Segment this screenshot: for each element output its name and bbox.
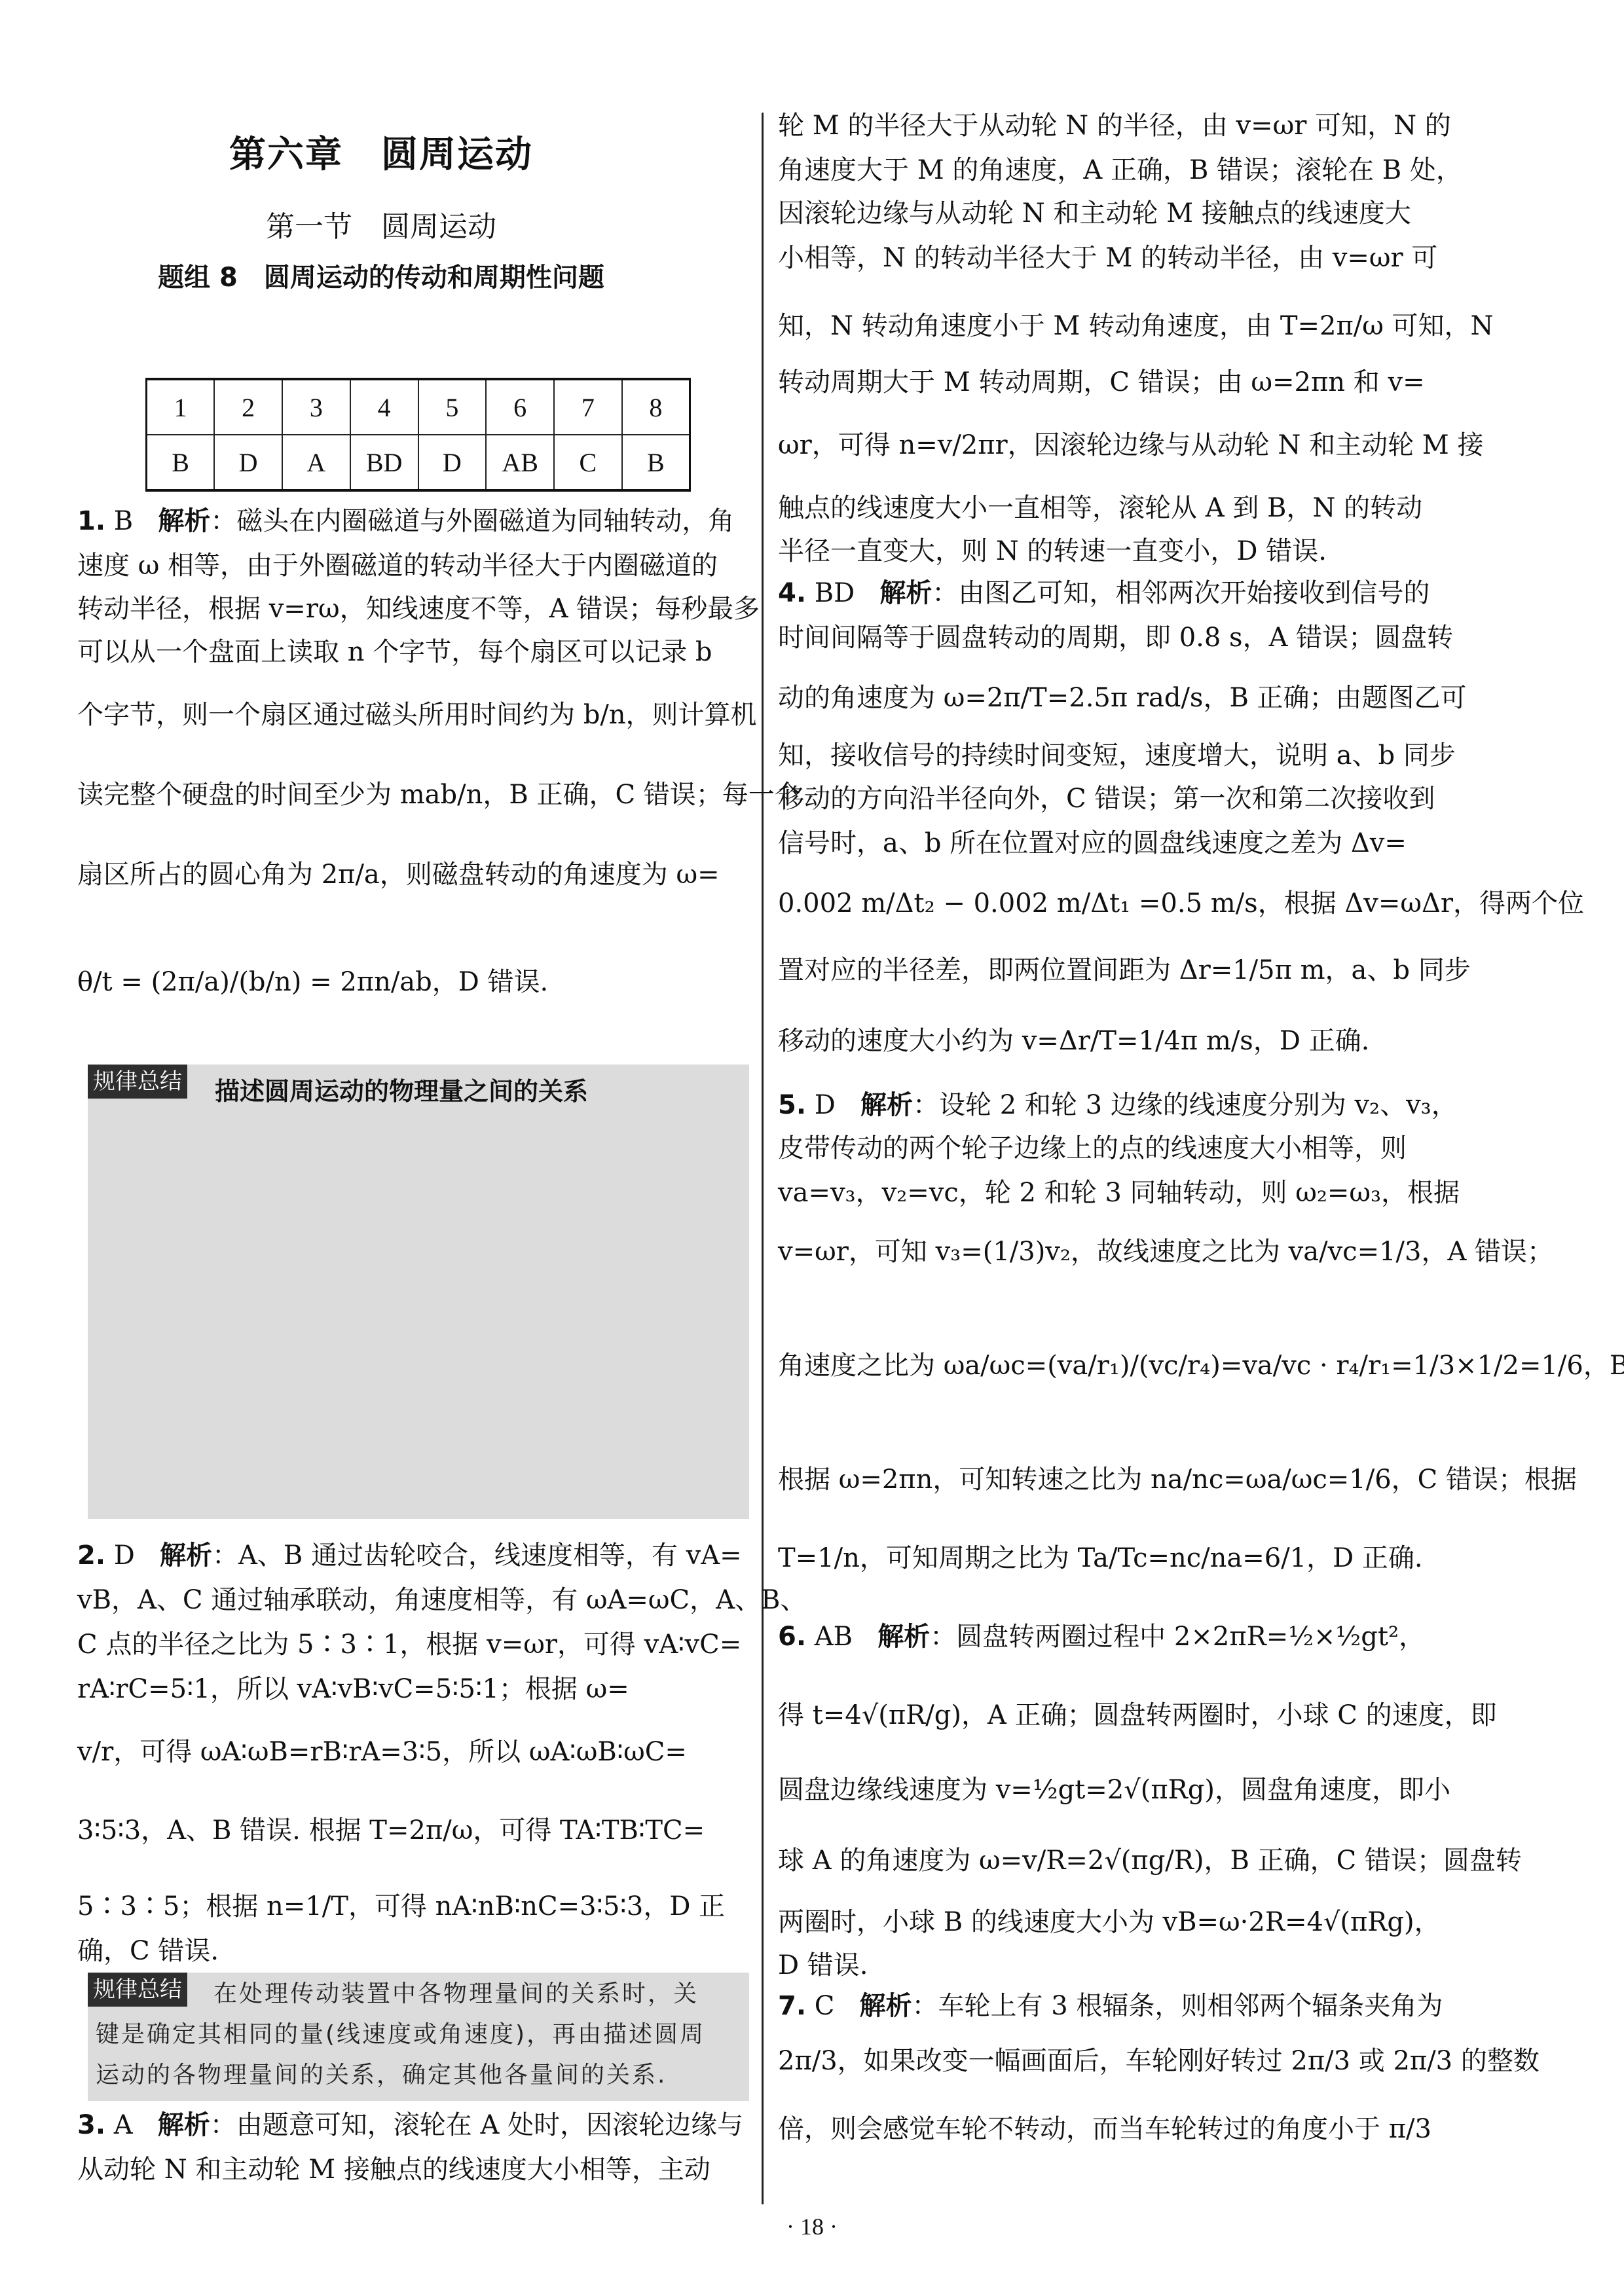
analysis-line: 轮 M 的半径大于从动轮 N 的半径，由 v=ωr 可知，N 的 <box>778 110 1452 141</box>
analysis-line: 小相等，N 的转动半径大于 M 的转动半径，由 v=ωr 可 <box>778 242 1452 274</box>
q6-first-line: 6. AB 解析：圆盘转两圈过程中 2×2πR=½×½gt²， <box>778 1621 1452 1652</box>
answer-cell: A <box>282 435 350 490</box>
analysis-line: D 错误. <box>778 1950 1452 1981</box>
analysis-label: 解析 <box>860 1090 913 1120</box>
section-title: 第一节 圆周运动 <box>0 203 762 245</box>
analysis-line: rA∶rC=5∶1，所以 vA∶vB∶vC=5∶5∶1；根据 ω= <box>77 1673 752 1705</box>
question-number: 3. <box>77 2110 105 2140</box>
analysis-line: 0.002 m/Δt₂ − 0.002 m/Δt₁ =0.5 m/s，根据 Δv… <box>778 888 1452 919</box>
analysis-line: C 点的半径之比为 5∶3∶1，根据 v=ωr，可得 vA∶vC= <box>77 1629 752 1660</box>
summary-badge: 规律总结 <box>88 1065 187 1099</box>
question-answer: D <box>114 1540 135 1571</box>
answer-cell: C <box>554 435 622 490</box>
answer-cell: D <box>214 435 282 490</box>
analysis-line: 倍，则会感觉车轮不转动，而当车轮转过的角度小于 π/3 <box>778 2113 1452 2145</box>
answer-table-answer-row: B D A BD D AB C B <box>147 435 690 490</box>
question-number-cell: 8 <box>622 379 690 435</box>
analysis-line: vB，A、C 通过轴承联动，角速度相等，有 ωA=ωC，A、B、 <box>77 1584 752 1616</box>
analysis-line: 两圈时，小球 B 的线速度大小为 vB=ω·2R=4√(πRg)， <box>778 1906 1452 1938</box>
analysis-text: ：设轮 2 和轮 3 边缘的线速度分别为 v₂、v₃， <box>913 1090 1458 1120</box>
answer-table-header-row: 1 2 3 4 5 6 7 8 <box>147 379 690 435</box>
analysis-line: 知，接收信号的持续时间变短，速度增大，说明 a、b 同步 <box>778 740 1452 771</box>
analysis-line: θ/t = (2π/a)/(b/n) = 2πn/ab，D 错误. <box>77 966 752 998</box>
analysis-line: 知，N 转动角速度小于 M 转动角速度，由 T=2π/ω 可知，N <box>778 310 1452 342</box>
answer-cell: B <box>622 435 690 490</box>
analysis-line: 圆盘边缘线速度为 v=½gt=2√(πRg)，圆盘角速度，即小 <box>778 1774 1452 1806</box>
answer-cell: AB <box>486 435 554 490</box>
analysis-line: 置对应的半径差，即两位置间距为 Δr=1/5π m，a、b 同步 <box>778 955 1452 986</box>
analysis-line: T=1/n，可知周期之比为 Ta/Tc=nc/na=6/1，D 正确. <box>778 1542 1452 1574</box>
question-answer: A <box>114 2110 133 2140</box>
question-number: 4. <box>778 578 806 608</box>
analysis-line: 信号时，a、b 所在位置对应的圆盘线速度之差为 Δv= <box>778 828 1452 859</box>
question-number: 2. <box>77 1540 105 1571</box>
analysis-line: 从动轮 N 和主动轮 M 接触点的线速度大小相等，主动 <box>77 2154 752 2185</box>
summary-badge: 规律总结 <box>88 1973 187 2007</box>
analysis-line: 转动周期大于 M 转动周期，C 错误；由 ω=2πn 和 v= <box>778 367 1452 398</box>
analysis-line: v/r，可得 ωA∶ωB=rB∶rA=3∶5，所以 ωA∶ωB∶ωC= <box>77 1736 752 1768</box>
analysis-label: 解析 <box>860 1991 912 2021</box>
question-number-cell: 7 <box>554 379 622 435</box>
analysis-line: 5∶3∶5；根据 n=1/T，可得 nA∶nB∶nC=3∶5∶3，D 正 <box>77 1891 752 1922</box>
question-number-cell: 4 <box>350 379 418 435</box>
q1-first-line: 1. B 解析：磁头在内圈磁道与外圈磁道为同轴转动，角 <box>77 505 752 537</box>
analysis-line: 速度 ω 相等，由于外圈磁道的转动半径大于内圈磁道的 <box>77 550 752 581</box>
summary-box <box>88 1065 749 1519</box>
analysis-line: 扇区所占的圆心角为 2π/a，则磁盘转动的角速度为 ω= <box>77 859 752 890</box>
analysis-line: 半径一直变大，则 N 的转速一直变小，D 错误. <box>778 536 1452 567</box>
analysis-line: ωr，可得 n=v/2πr，因滚轮边缘与从动轮 N 和主动轮 M 接 <box>778 429 1452 461</box>
summary-text-line: 键是确定其相同的量(线速度或角速度)，再由描述圆周 <box>96 2016 705 2053</box>
analysis-line: 移动的速度大小约为 v=Δr/T=1/4π m/s，D 正确. <box>778 1025 1452 1057</box>
analysis-line: 角速度之比为 ωa/ωc=(va/r₁)/(vc/r₄)=va/vc · r₄/… <box>778 1350 1452 1381</box>
group-title: 题组 8 圆周运动的传动和周期性问题 <box>0 257 762 294</box>
analysis-text: ：圆盘转两圈过程中 2×2πR=½×½gt²， <box>930 1622 1425 1652</box>
analysis-line: 可以从一个盘面上读取 n 个字节，每个扇区可以记录 b <box>77 636 752 668</box>
chapter-title: 第六章 圆周运动 <box>0 126 762 178</box>
analysis-text: ：由图乙可知，相邻两次开始接收到信号的 <box>932 578 1430 608</box>
analysis-line: 个字节，则一个扇区通过磁头所用时间约为 b/n，则计算机 <box>77 699 752 731</box>
analysis-line: 皮带传动的两个轮子边缘上的点的线速度大小相等，则 <box>778 1133 1452 1164</box>
question-answer: C <box>815 1991 835 2021</box>
answer-table: 1 2 3 4 5 6 7 8 B D A BD D AB C B <box>145 378 691 492</box>
analysis-line: 得 t=4√(πR/g)，A 正确；圆盘转两圈时，小球 C 的速度，即 <box>778 1700 1452 1731</box>
analysis-line: 3∶5∶3，A、B 错误. 根据 T=2π/ω，可得 TA∶TB∶TC= <box>77 1815 752 1846</box>
q7-first-line: 7. C 解析：车轮上有 3 根辐条，则相邻两个辐条夹角为 <box>778 1990 1452 2022</box>
question-number-cell: 3 <box>282 379 350 435</box>
analysis-line: 角速度大于 M 的角速度，A 正确，B 错误；滚轮在 B 处， <box>778 155 1452 186</box>
answer-cell: BD <box>350 435 418 490</box>
summary-title: 描述圆周运动的物理量之间的关系 <box>215 1071 588 1107</box>
analysis-text: ：由题意可知，滚轮在 A 处时，因滚轮边缘与 <box>210 2110 743 2140</box>
analysis-label: 解析 <box>877 1622 930 1652</box>
question-answer: B <box>114 506 133 536</box>
analysis-text: ：磁头在内圈磁道与外圈磁道为同轴转动，角 <box>210 506 734 536</box>
answer-cell: D <box>418 435 487 490</box>
analysis-text: ：A、B 通过齿轮咬合，线速度相等，有 vA= <box>212 1540 742 1571</box>
analysis-line: 转动半径，根据 v=rω，知线速度不等，A 错误；每秒最多 <box>77 593 752 625</box>
q3-first-line: 3. A 解析：由题意可知，滚轮在 A 处时，因滚轮边缘与 <box>77 2109 752 2141</box>
summary-text-line: 在处理传动装置中各物理量间的关系时，关 <box>213 1976 699 2013</box>
analysis-text: ：车轮上有 3 根辐条，则相邻两个辐条夹角为 <box>912 1991 1443 2021</box>
page-number: · 18 · <box>0 2213 1624 2240</box>
analysis-line: v=ωr，可知 v₃=(1/3)v₂，故线速度之比为 va/vc=1/3，A 错… <box>778 1236 1452 1267</box>
analysis-line: 球 A 的角速度为 ω=v/R=2√(πg/R)，B 正确，C 错误；圆盘转 <box>778 1845 1452 1876</box>
analysis-line: 确，C 错误. <box>77 1935 752 1967</box>
question-number: 5. <box>778 1090 806 1120</box>
summary-text-line: 运动的各物理量间的关系，确定其他各量间的关系. <box>96 2057 667 2094</box>
analysis-label: 解析 <box>160 1540 212 1571</box>
analysis-label: 解析 <box>158 506 210 536</box>
analysis-line: 时间间隔等于圆盘转动的周期，即 0.8 s，A 错误；圆盘转 <box>778 622 1452 653</box>
question-answer: BD <box>815 578 855 608</box>
question-answer: D <box>815 1090 836 1120</box>
analysis-line: 因滚轮边缘与从动轮 N 和主动轮 M 接触点的线速度大 <box>778 198 1452 229</box>
question-number-cell: 6 <box>486 379 554 435</box>
question-number-cell: 5 <box>418 379 487 435</box>
analysis-line: 动的角速度为 ω=2π/T=2.5π rad/s，B 正确；由题图乙可 <box>778 682 1452 714</box>
column-divider <box>762 113 764 2204</box>
q4-first-line: 4. BD 解析：由图乙可知，相邻两次开始接收到信号的 <box>778 577 1452 609</box>
answer-cell: B <box>147 435 215 490</box>
analysis-line: va=v₃，v₂=vc，轮 2 和轮 3 同轴转动，则 ω₂=ω₃，根据 <box>778 1177 1452 1209</box>
question-number: 1. <box>77 506 105 536</box>
analysis-line: 根据 ω=2πn，可知转速之比为 na/nc=ωa/ωc=1/6，C 错误；根据 <box>778 1464 1452 1495</box>
analysis-line: 读完整个硬盘的时间至少为 mab/n，B 正确，C 错误；每一个 <box>77 779 752 811</box>
analysis-line: 触点的线速度大小一直相等，滚轮从 A 到 B，N 的转动 <box>778 492 1452 524</box>
question-number: 6. <box>778 1622 806 1652</box>
analysis-label: 解析 <box>158 2110 210 2140</box>
question-answer: AB <box>815 1622 853 1652</box>
question-number-cell: 1 <box>147 379 215 435</box>
analysis-line: 移动的方向沿半径向外，C 错误；第一次和第二次接收到 <box>778 783 1452 814</box>
q5-first-line: 5. D 解析：设轮 2 和轮 3 边缘的线速度分别为 v₂、v₃， <box>778 1089 1452 1121</box>
q2-first-line: 2. D 解析：A、B 通过齿轮咬合，线速度相等，有 vA= <box>77 1540 752 1571</box>
analysis-line: 2π/3，如果改变一幅画面后，车轮刚好转过 2π/3 或 2π/3 的整数 <box>778 2045 1452 2077</box>
question-number: 7. <box>778 1991 806 2021</box>
analysis-label: 解析 <box>879 578 932 608</box>
question-number-cell: 2 <box>214 379 282 435</box>
